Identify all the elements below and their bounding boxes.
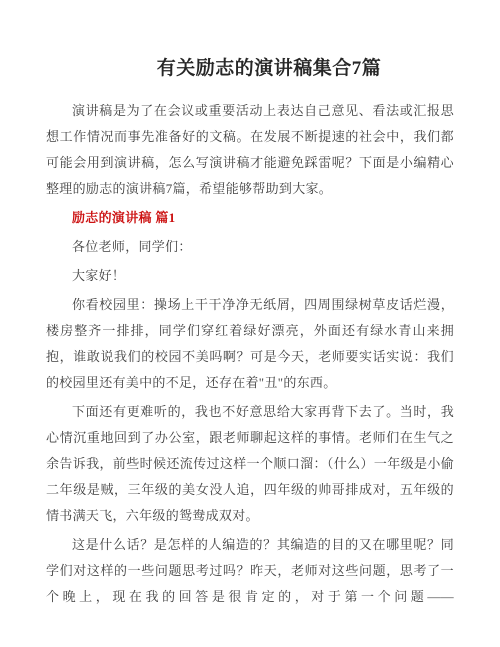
paragraph: 这是什么话？是怎样的人编造的？其编造的目的又在哪里呢？同学们对这样的一些问题思考… [46,532,454,610]
paragraph: 下面还有更难听的，我也不好意思给大家再背下去了。当时，我心情沉重地回到了办公室，… [46,399,454,529]
document-page: 有关励志的演讲稿集合7篇 演讲稿是为了在会议或重要活动上表达自己意见、看法或汇报… [0,0,500,647]
paragraph: 各位老师，同学们： [46,234,454,260]
document-body: 演讲稿是为了在会议或重要活动上表达自己意见、看法或汇报思想工作情况而事先准备好的… [46,98,454,610]
paragraph: 大家好！ [46,263,454,289]
document-title: 有关励志的演讲稿集合7篇 [46,54,454,84]
paragraph: 演讲稿是为了在会议或重要活动上表达自己意见、看法或汇报思想工作情况而事先准备好的… [46,98,454,202]
paragraph: 你看校园里：操场上干干净净无纸屑，四周围绿树草皮话烂漫，楼房整齐一排排，同学们穿… [46,292,454,396]
section-heading: 励志的演讲稿 篇1 [46,205,454,231]
